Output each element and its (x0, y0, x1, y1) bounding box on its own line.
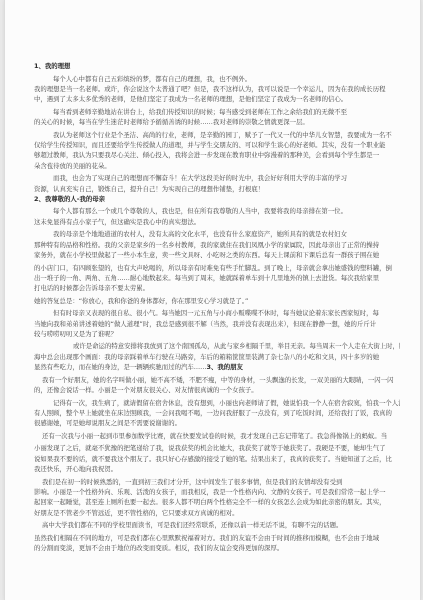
line-text: 我的理想是当一名老师。或许，你会说这个太普通了吧？但是，我不这样认为，我可以说是… (34, 85, 385, 93)
text-line: 我的母亲是个地地道道的农村人，没有太高的文化水平，也没有什么家庭资产，她所具有的… (34, 229, 400, 239)
line-text: 高中大学我们都在不同的学校里面读书，可是我们还经常联系，还像以前一样无话不说，有… (42, 521, 342, 529)
line-text: 资源，认真充实自己，锻炼自己，提升自己！为实现自己的理想作铺垫，打根底！ (34, 185, 264, 193)
text-line: 每个人都有那么一个或几个尊敬的人，我也是，但在所有我尊敬的人当中，我要将我的母亲… (34, 206, 400, 216)
text-line: 我认为老师这个行业是个圣洁、高尚的行业，老师，是辛勤的园丁，赋予了一代又一代的中… (34, 130, 400, 140)
line-text: 那种特有的品格和性格。我的父亲是家乡的一名乡村教师，我的家就住在我们凤凰小学的家… (34, 241, 379, 249)
text-line: 打电话的时候都会告诉母亲不要太劳累。 (34, 283, 400, 293)
text-block: 1、我的理想每个人心中都有自己五彩缤纷的梦，都有自己的理想，我，也不例外。我的理… (34, 61, 400, 580)
text-line: 家务外，就在小学校里做起了一些小本生意，卖一些文具呀、小吃呀之类的东西。每天上课… (34, 250, 400, 260)
text-line: 还有一次我与小丽一起到市里参加数学比赛，就在快要发试卷的时候，我才发现自己忘记带… (34, 431, 400, 441)
line-text: 够超过教师，我认为只要我尽心关注、倾心投入，我将会进一步发现在教育职业中弥漫着的… (34, 151, 379, 159)
inline-section-heading: 3、我的朋友 (207, 363, 243, 371)
text-line: 我的理想是当一名老师。或许，你会说这个太普通了吧？但是，我不这样认为，我可以说是… (34, 84, 400, 94)
line-text: 记得有一次，我生病了，就请假留在宿舍休息，没有想到，小丽也向老师请了假，她说怕我… (53, 399, 400, 407)
line-text: 每个人都有那么一个或几个尊敬的人，我也是，但在所有我尊敬的人当中，我要将我的母亲… (53, 207, 347, 215)
line-text: 我认为老师这个行业是个圣洁、高尚的行业，老师，是辛勤的园丁，赋予了一代又一代的中… (53, 131, 392, 139)
line-text: 很感谢她，可是她却说朋友之间是不需要说谢谢的。 (34, 419, 181, 427)
line-text: 仅给学生传授知识，而且还要给学生传授做人的道理，并与学生交朋友的、可以和学生谈心… (34, 141, 385, 149)
text-line: 但有时母亲又表现的很自私、很小气。每当她因一元五角与小商小贩喋喋不休时，每当她议… (34, 308, 400, 318)
line-text: 我有一个好朋友，她的名字叫做小丽，她不高不矮，不肥不瘦，中等的身材，一头飘逸的长… (42, 376, 393, 384)
text-line: 虽然我们相隔在不同的地方，可是我们都在心里默默祝福着对方。我们的友谊不会由于时间… (34, 533, 400, 543)
text-line: 很感谢她，可是她却说朋友之间是不需要说谢谢的。 (34, 418, 400, 428)
text-line: 每个人心中都有自己五彩缤纷的梦，都有自己的理想，我，也不例外。 (34, 74, 400, 84)
line-text: 我的母亲是个地地道道的农村人，没有太高的文化水平，也没有什么家庭资产，她所具有的… (53, 230, 347, 238)
line-text: 2、我尊敬的人-我的母亲 (34, 195, 105, 203)
text-line: 我有一个好朋友，她的名字叫做小丽，她不高不矮，不肥不瘦，中等的身材，一头飘逸的长… (34, 375, 400, 385)
text-line: 说如果我不要的话，就不要我这个朋友了。我只好心存感激的接受了她的笔。结果出来了，… (34, 454, 400, 464)
document-page: 1、我的理想每个人心中都有自己五彩缤纷的梦，都有自己的理想，我，也不例外。我的理… (4, 0, 421, 600)
text-line: 我们是在初一的时候熟悉的，一直到初三我们才分开，这中间发生了很多事情，但是我们的… (34, 477, 400, 487)
line-text: 显然有些吃力，而在她的身边，是一辆辆疾驰而过的汽车…… (34, 363, 207, 371)
line-text: 的，还像会说话一样。小丽是一个对朋友很关心、对友情很真诚的一个女孩子。 (34, 386, 258, 394)
text-line: 而我，也会为了实现自己的理想而不懈奋斗！在大学这段美好的时光中，我会好好利用大学… (34, 173, 400, 183)
line-text: 较与唠唠叨叨又是为了谁呢？ (34, 330, 117, 338)
text-line: 记得有一次，我生病了，就请假留在宿舍休息，没有想到，小丽也向老师请了假，她说怕我… (34, 398, 400, 408)
line-text: 虽然我们相隔在不同的地方，可是我们都在心里默默祝福着对方。我们的友谊不会由于时间… (34, 534, 379, 542)
text-line: 起回家一起睡觉，甚至连上厕所也要一起去。很多人都不明白两个性格完全不一样的女孩怎… (34, 497, 400, 507)
line-text: 1、我的理想 (34, 62, 70, 70)
line-text: 海中总会出现那个画面：我的母亲踩着单车行驶在马路旁，车后的箱箱筐筐里装满了杂七杂… (34, 353, 379, 361)
text-line: 每当看到老师辛勤地站在讲台上，给我们传授知识的时候；每当感受到老师在工作之余给我… (34, 107, 400, 117)
text-line: 的小店门口，有四顾张望的，也有大声吆喝的，所以母亲有时难免有些手忙脚乱。到了晚上… (34, 263, 400, 273)
line-text: 小丽发现了之后，就毫不犹豫的把笔递给了我，说我获奖的机会比她大，我获奖了就等于她… (34, 444, 385, 452)
section-heading: 2、我尊敬的人-我的母亲 (34, 194, 400, 204)
text-line: 或许是命运的特意安排将我放到了这个南国孤岛，从此与家乡相隔千里，举目无亲。每当周… (34, 341, 400, 351)
line-text: 她的答复总是：“你放心，我和你爸的身体都好，你在那里安心学习就是了。” (34, 297, 248, 305)
line-text: 起回家一起睡觉，甚至连上厕所也要一起去。很多人都不明白两个性格完全不一样的女孩怎… (34, 498, 385, 506)
line-text: 的关心的时候，每当在学生迷茫时老师给予循循善诱的时候……我对老师的崇敬之情就更深… (34, 118, 309, 126)
line-text: 家务外，就在小学校里做起了一些小本生意，卖一些文具呀、小吃呀之类的东西。每天上课… (34, 251, 379, 259)
line-text: 每个人心中都有自己五彩缤纷的梦，都有自己的理想，我，也不例外。 (53, 75, 251, 83)
line-text: 中，遇到了太多太多优秀的老师，是他们坚定了我成为一名老师的理想，是他们坚定了我成… (34, 95, 347, 103)
text-line: 小丽发现了之后，就毫不犹豫的把笔递给了我，说我获奖的机会比她大，我获奖了就等于她… (34, 443, 400, 453)
line-text: 每当看到老师辛勤地站在讲台上，给我们传授知识的时候；每当感受到老师在工作之余给我… (53, 108, 347, 116)
text-line: 当她向我和弟弟讲述着她的“做人道理”时，我总是感到很不解（当然，我并没有表现出来… (34, 319, 400, 329)
line-text: 打电话的时候都会告诉母亲不要太劳累。 (34, 284, 149, 292)
text-line: 有人照顾，整个早上她就坐在床边照顾我，一会问我喝不喝，一边问我舒服了一点没有，到… (34, 408, 400, 418)
text-line: 朵含苞待放的美丽的花朵。 (34, 161, 400, 171)
line-text: 出一堆子的一角、两角、五角……耐心地数起来。每当到了周末，她就踩着单车到十几里地… (34, 274, 379, 282)
line-text: 有人照顾，整个早上她就坐在床边照顾我，一会问我喝不喝，一边问我舒服了一点没有，到… (34, 409, 392, 417)
section-heading: 1、我的理想 (34, 61, 400, 71)
text-line: 显然有些吃力，而在她的身边，是一辆辆疾驰而过的汽车……3、我的朋友 (34, 362, 400, 372)
line-text: 这未免显得有点小家子气，但这确实是我心中的真实想法。 (34, 218, 200, 226)
line-text: 或许是命运的特意安排将我放到了这个南国孤岛，从此与家乡相隔千里，举目无亲。每当周… (73, 342, 400, 350)
line-text: 的分割而变淡，更加不会由于地位的改变而变质。相反，我们的友谊会变得更加的深厚。 (34, 544, 283, 552)
line-text: 的小店门口，有四顾张望的，也有大声吆喝的，所以母亲有时难免有些手忙脚乱。到了晚上… (34, 264, 392, 272)
line-text: 而我，也会为了实现自己的理想而不懈奋斗！在大学这段美好的时光中，我会好好利用大学… (53, 174, 347, 182)
text-line: 够超过教师，我认为只要我尽心关注、倾心投入，我将会进一步发现在教育职业中弥漫着的… (34, 150, 400, 160)
text-line: 好朋友是不管老少不管远近，更不管性格的，它只要求双方真诚的相对。 (34, 508, 400, 518)
line-text: 我还快乐，开心地向我祝贺。 (34, 465, 117, 473)
text-line: 中，遇到了太多太多优秀的老师，是他们坚定了我成为一名老师的理想，是他们坚定了我成… (34, 94, 400, 104)
line-text: 影响。小丽是一个性格外向、乐观、活泼的女孩子，而我相反，我是一个性格内向、文静的… (34, 488, 385, 496)
text-line: 仅给学生传授知识，而且还要给学生传授做人的道理，并与学生交朋友的、可以和学生谈心… (34, 140, 400, 150)
text-line: 资源，认真充实自己，锻炼自己，提升自己！为实现自己的理想作铺垫，打根底！ (34, 184, 400, 194)
text-line: 高中大学我们都在不同的学校里面读书，可是我们还经常联系，还像以前一样无话不说，有… (34, 520, 400, 530)
text-line: 的分割而变淡，更加不会由于地位的改变而变质。相反，我们的友谊会变得更加的深厚。 (34, 543, 400, 553)
line-text: 说如果我不要的话，就不要我这个朋友了。我只好心存感激的接受了她的笔。结果出来了，… (34, 455, 392, 463)
text-line: 这未免显得有点小家子气，但这确实是我心中的真实想法。 (34, 217, 400, 227)
text-line: 海中总会出现那个画面：我的母亲踩着单车行驶在马路旁，车后的箱箱筐筐里装满了杂七杂… (34, 352, 400, 362)
text-line: 的关心的时候，每当在学生迷茫时老师给予循循善诱的时候……我对老师的崇敬之情就更深… (34, 117, 400, 127)
line-text: 朵含苞待放的美丽的花朵。 (34, 162, 111, 170)
text-line: 较与唠唠叨叨又是为了谁呢？ (34, 329, 400, 339)
text-line: 影响。小丽是一个性格外向、乐观、活泼的女孩子，而我相反，我是一个性格内向、文静的… (34, 487, 400, 497)
line-text: 我们是在初一的时候熟悉的，一直到初三我们才分开，这中间发生了很多事情，但是我们的… (42, 478, 342, 486)
text-line: 我还快乐，开心地向我祝贺。 (34, 464, 400, 474)
text-line: 她的答复总是：“你放心，我和你爸的身体都好，你在那里安心学习就是了。” (34, 296, 400, 306)
text-line: 那种特有的品格和性格。我的父亲是家乡的一名乡村教师，我的家就住在我们凤凰小学的家… (34, 240, 400, 250)
line-text: 还有一次我与小丽一起到市里参加数学比赛，就在快要发试卷的时候，我才发现自己忘记带… (42, 432, 387, 440)
text-line: 出一堆子的一角、两角、五角……耐心地数起来。每当到了周末，她就踩着单车到十几里地… (34, 273, 400, 283)
line-text: 好朋友是不管老少不管远近，更不管性格的，它只要求双方真诚的相对。 (34, 509, 239, 517)
line-text: 当她向我和弟弟讲述着她的“做人道理”时，我总是感到很不解（当然，我并没有表现出来… (34, 320, 376, 328)
text-line: 的，还像会说话一样。小丽是一个对朋友很关心、对友情很真诚的一个女孩子。 (34, 385, 400, 395)
line-text: 但有时母亲又表现的很自私、很小气。每当她因一元五角与小商小贩喋喋不休时，每当她议… (53, 309, 379, 317)
